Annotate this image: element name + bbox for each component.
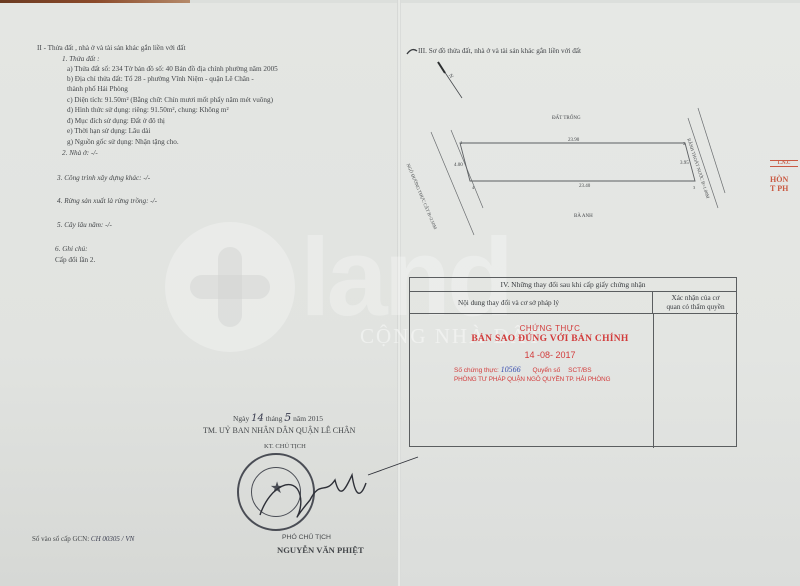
stamp-cert-line: Số chứng thực: 10566 Quyển số SCT/BS [450,365,650,374]
date-prefix: Ngày [233,414,249,423]
edge-red-stamp: L.N.C HÒN T PH [770,160,800,230]
bottom-neighbor-label: BÀ ANH [574,212,593,221]
notes-text: Cấp đổi lần 2. [55,256,95,265]
signing-date: Ngày 14 tháng 5 năm 2015 [233,413,323,423]
signature [240,445,420,535]
top-length: 23.90 [568,136,579,145]
stamp-office: PHÒNG TƯ PHÁP QUẬN NGÔ QUYỀN TP. HẢI PHÒ… [450,376,650,383]
edge-stamp-line1: L.N.C [770,160,798,167]
section-2-title: II - Thửa đất , nhà ở và tài sản khác gắ… [37,44,185,53]
left-width: 4.00 [454,161,463,170]
changes-table-title: IV. Những thay đổi sau khi cấp giấy chứn… [410,278,736,292]
notes-heading: 6. Ghi chú: [55,245,88,254]
land-plot-heading: 1. Thửa đất : [62,55,99,64]
usage-form-line: d) Hình thức sử dụng: riêng: 91.50m², ch… [67,106,229,115]
bottom-length: 23.40 [579,182,590,191]
usage-origin-line: g) Nguồn gốc sử dụng: Nhận tặng cho. [67,138,179,147]
forest-heading: 4. Rừng sản xuất là rừng trồng: -/- [57,197,157,206]
usage-purpose-line: đ) Mục đích sử dụng: Đất ở đô thị [67,117,165,126]
cert-label: Số chứng thực: [454,367,499,374]
plot-number-line: a) Thửa đất số: 234 Tờ bản đồ số: 40 Bản… [67,65,278,74]
vertex-3: 3 [693,183,695,192]
registry-label: Số vào sổ cấp GCN: [32,535,89,543]
month-label: tháng [266,414,283,423]
changes-content-header: Nội dung thay đổi và cơ sở pháp lý [410,292,653,314]
changes-confirmation-header: Xác nhận của cơ quan có thẩm quyền [653,292,738,314]
stamp-heading: CHỨNG THỰC [450,324,650,333]
signing-month: 5 [284,411,291,424]
signing-day: 14 [251,413,264,424]
book-label: Quyển số [532,367,560,374]
book-value: SCT/BS [568,367,591,374]
right-width: 3.95 [680,159,689,168]
vertex-1: 1 [460,138,462,147]
vertex-2: 2 [683,139,685,148]
year-label: năm 2015 [293,414,323,423]
vertex-4: 4 [472,183,474,192]
usage-term-line: e) Thời hạn sử dụng: Lâu dài [67,127,150,136]
edge-stamp-line2: HÒN [770,175,800,184]
confirmation-header-line1: Xác nhận của cơ [653,294,738,303]
house-heading: 2. Nhà ở: -/- [62,149,98,158]
column-divider [653,314,654,448]
plot-boundary [460,143,695,181]
other-construction-heading: 3. Công trình xây dựng khác: -/- [57,174,150,183]
confirmation-header-line2: quan có thẩm quyền [653,303,738,312]
registry-value: CH 00305 / VN [91,535,134,543]
perennial-trees-heading: 5. Cây lâu năm: -/- [57,221,112,230]
edge-stamp-line3: T PH [770,184,800,193]
north-arrow-icon [438,62,445,73]
signer-name: NGUYỄN VĂN PHIỆT [277,546,364,555]
plot-area-line: c) Diện tích: 91.50m² (Bằng chữ: Chín mư… [67,96,273,105]
cert-number: 10566 [501,365,521,374]
stamp-date: 14 -08- 2017 [450,350,650,360]
issuing-authority: TM. UỶ BAN NHÂN DÂN QUẬN LÊ CHÂN [203,426,355,435]
plot-address-city: thành phố Hải Phòng [67,85,128,94]
certification-stamp: CHỨNG THỰC BẢN SAO ĐÚNG VỚI BẢN CHÍNH 14… [450,324,650,383]
signer-title: PHÓ CHỦ TỊCH [282,533,331,542]
registry-number: Số vào sổ cấp GCN: CH 00305 / VN [32,535,134,544]
top-neighbor-label: ĐẤT TRỐNG [552,114,581,123]
stamp-title: BẢN SAO ĐÚNG VỚI BẢN CHÍNH [450,334,650,344]
plot-address-line: b) Địa chỉ thửa đất: Tổ 28 - phường Vĩnh… [67,75,254,84]
